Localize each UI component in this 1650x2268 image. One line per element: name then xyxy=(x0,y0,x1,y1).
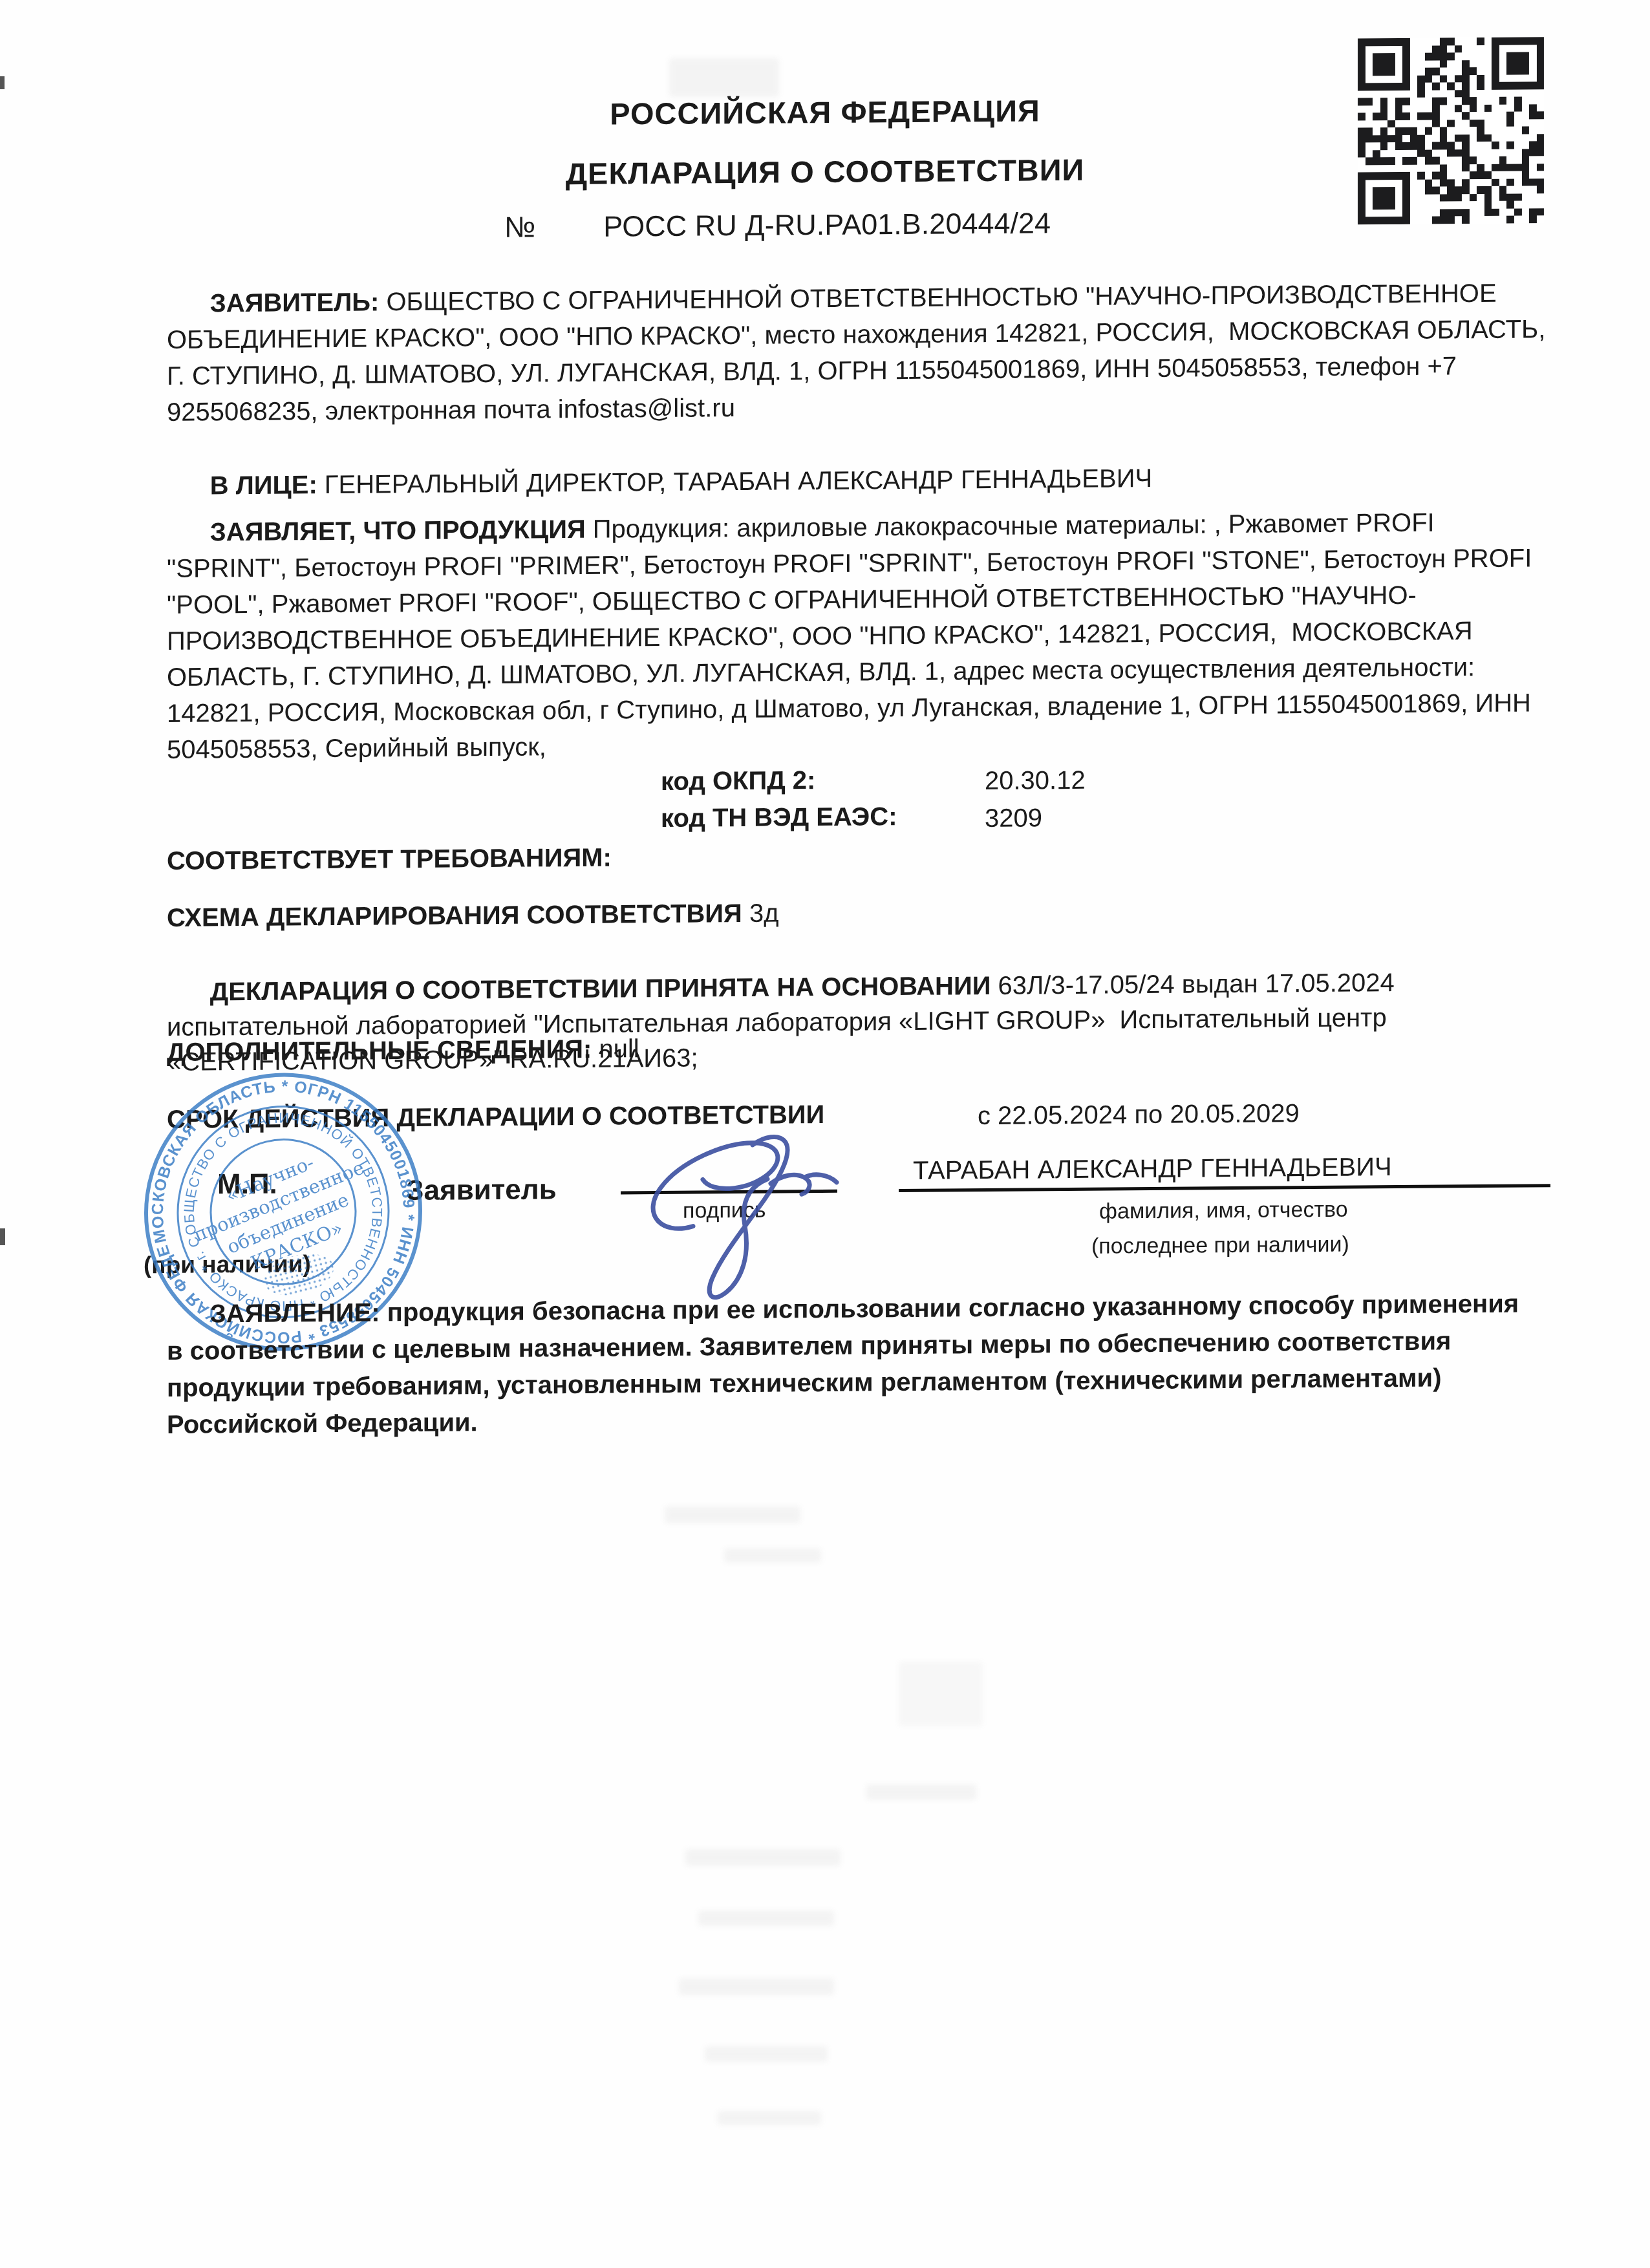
signatory-name: ТАРАБАН АЛЕКСАНДР ГЕННАДЬЕВИЧ xyxy=(913,1153,1392,1186)
scan-artifact xyxy=(698,1910,834,1926)
product-text: Продукция: акриловые лакокрасочные матер… xyxy=(167,508,1539,764)
scan-artifact xyxy=(718,2111,821,2125)
scan-artifact xyxy=(669,58,779,97)
okpd-code-value: 20.30.12 xyxy=(985,766,1086,796)
name-line xyxy=(899,1184,1550,1192)
scan-artifact xyxy=(685,1849,841,1866)
applicant-label: ЗАЯВИТЕЛЬ: xyxy=(210,288,380,317)
scan-artifact xyxy=(724,1548,821,1563)
scheme-line: СХЕМА ДЕКЛАРИРОВАНИЯ СООТВЕТСТВИЯ 3д xyxy=(167,899,779,933)
scan-artifact xyxy=(866,1784,976,1800)
scan-artifact xyxy=(679,1978,834,1995)
okpd-code-label: код ОКПД 2: xyxy=(661,766,815,797)
conforms-heading: СООТВЕТСТВУЕТ ТРЕБОВАНИЯМ: xyxy=(167,844,612,876)
scan-edge-mark xyxy=(0,76,5,89)
qr-code xyxy=(1358,37,1544,224)
declaration-number: РОСС RU Д-RU.РА01.В.20444/24 xyxy=(603,206,1051,242)
scan-artifact xyxy=(899,1662,983,1726)
statement-label: ЗАЯВЛЕНИЕ: xyxy=(210,1298,380,1328)
name-caption-1: фамилия, имя, отчество xyxy=(1099,1197,1348,1225)
product-label: ЗАЯВЛЯЕТ, ЧТО ПРОДУКЦИЯ xyxy=(210,515,586,547)
declaration-number-line: №РОСС RU Д-RU.РА01.В.20444/24 xyxy=(504,206,1051,244)
tnved-code-value: 3209 xyxy=(985,804,1042,833)
additional-value: null xyxy=(592,1034,639,1064)
statement-paragraph: ЗАЯВЛЕНИЕ: продукция безопасна при ее ис… xyxy=(167,1248,1531,1481)
scanned-sheet: РОССИЙСКАЯ ФЕДЕРАЦИЯ ДЕКЛАРАЦИЯ О СООТВЕ… xyxy=(0,0,1650,2268)
scheme-label: СХЕМА ДЕКЛАРИРОВАНИЯ СООТВЕТСТВИЯ xyxy=(167,899,742,932)
product-paragraph: ЗАЯВЛЯЕТ, ЧТО ПРОДУКЦИЯ Продукция: акрил… xyxy=(167,467,1557,804)
scan-artifact xyxy=(665,1506,800,1523)
scan-artifact xyxy=(705,2046,828,2062)
declaration-document: РОССИЙСКАЯ ФЕДЕРАЦИЯ ДЕКЛАРАЦИЯ О СООТВЕ… xyxy=(0,0,1650,2268)
number-sign: № xyxy=(504,210,535,243)
scheme-value: 3д xyxy=(742,899,779,928)
tnved-code-label: код ТН ВЭД ЕАЭС: xyxy=(661,802,897,833)
scan-edge-mark xyxy=(0,1228,5,1245)
validity-value: с 22.05.2024 по 20.05.2029 xyxy=(978,1099,1300,1131)
basis-label: ДЕКЛАРАЦИЯ О СООТВЕТСТВИИ ПРИНЯТА НА ОСН… xyxy=(210,972,991,1006)
